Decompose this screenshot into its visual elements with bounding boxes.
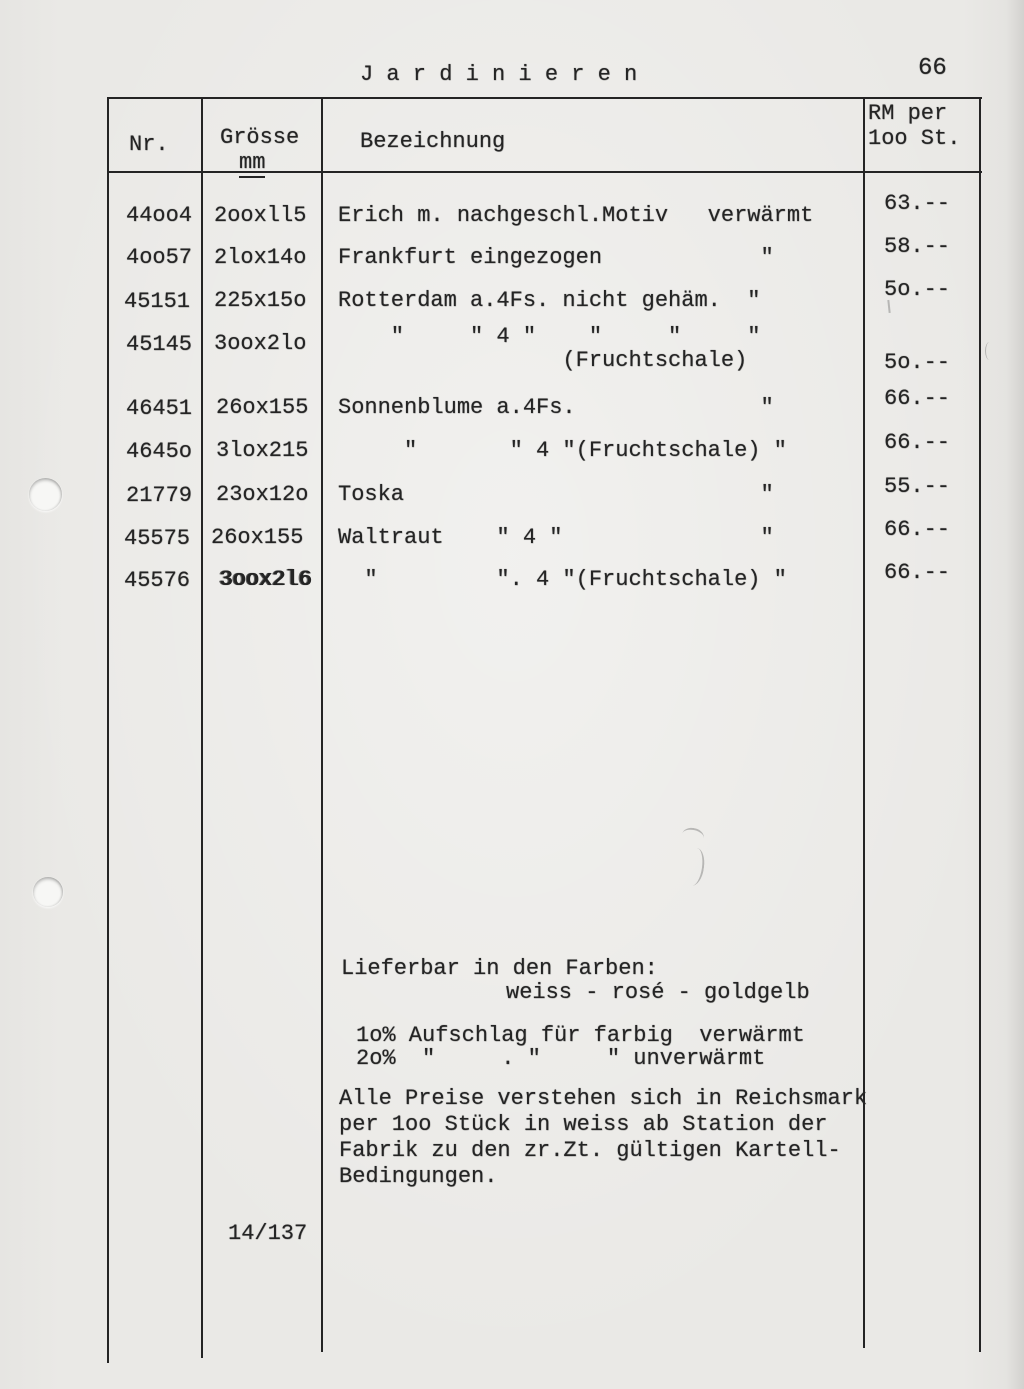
row-price: 55.-- — [884, 476, 950, 498]
scan-artifact-curve-top — [681, 826, 706, 846]
row-size: 3oox2l6 — [219, 569, 311, 591]
row-description: " " 4 "(Fruchtschale) " — [338, 440, 787, 462]
row-size: 225x15o — [214, 290, 306, 312]
footer-code: 14/137 — [228, 1223, 307, 1245]
table-left-border — [107, 97, 109, 1363]
row-size: 2lox14o — [214, 247, 306, 269]
surcharge-line-1: 1o% Aufschlag für farbig verwärmt — [356, 1025, 805, 1047]
row-size: 23ox12o — [216, 484, 308, 506]
row-price: 5o.-- — [884, 352, 950, 374]
table-top-border — [107, 97, 982, 99]
row-size: 26ox155 — [216, 397, 308, 419]
header-nr: Nr. — [129, 134, 169, 156]
header-size: Grösse — [220, 127, 299, 149]
row-description: " " 4 " " " " — [338, 326, 760, 348]
table-col-divider-1 — [201, 97, 203, 1358]
scan-artifact-curve-bottom — [685, 847, 706, 887]
table-col-divider-3 — [863, 97, 865, 1348]
row-size: 3oox2lo — [214, 333, 306, 355]
terms-line-2: per 1oo Stück in weiss ab Station der — [339, 1114, 827, 1136]
row-price: 5o.-- — [884, 279, 950, 301]
surcharge-line-2: 2o% " . " " unverwärmt — [356, 1048, 765, 1070]
row-description: Frankfurt eingezogen " — [338, 247, 774, 269]
table-right-border — [979, 97, 981, 1352]
colors-heading: Lieferbar in den Farben: — [341, 958, 658, 980]
punch-hole-bottom — [33, 877, 63, 907]
row-size: 2ooxll5 — [214, 205, 306, 227]
row-nr: 46451 — [126, 398, 192, 420]
page-title: J a r d i n i e r e n — [360, 64, 637, 86]
row-description: Waltraut " 4 " " — [338, 527, 774, 549]
row-nr: 44oo4 — [126, 205, 192, 227]
row-price: 66.-- — [884, 432, 950, 454]
page-number: 66 — [918, 57, 947, 81]
row-nr: 4645o — [126, 441, 192, 463]
row-price: 66.-- — [884, 388, 950, 410]
row-nr: 4oo57 — [126, 247, 192, 269]
scan-artifact-paren — [985, 342, 994, 360]
terms-line-1: Alle Preise verstehen sich in Reichsmark — [339, 1088, 867, 1110]
row-description: Rotterdam a.4Fs. nicht gehäm. " — [338, 290, 760, 312]
row-description-line2: (Fruchtschale) — [338, 350, 747, 372]
scan-edge-shadow — [1006, 0, 1024, 1389]
row-price: 66.-- — [884, 519, 950, 541]
terms-line-4: Bedingungen. — [339, 1166, 497, 1188]
row-description: Sonnenblume a.4Fs. " — [338, 397, 774, 419]
row-size: 3lox215 — [216, 440, 308, 462]
terms-line-3: Fabrik zu den zr.Zt. gültigen Kartell- — [339, 1140, 841, 1162]
header-price-1: RM per — [868, 103, 947, 125]
row-price: 63.-- — [884, 193, 950, 215]
colors-list: weiss - rosé - goldgelb — [506, 982, 810, 1004]
row-nr: 45145 — [126, 334, 192, 356]
row-description: Toska " — [338, 484, 774, 506]
row-description: Erich m. nachgeschl.Motiv verwärmt — [338, 205, 813, 227]
row-nr: 45576 — [124, 570, 190, 592]
header-size-unit: mm — [239, 152, 265, 178]
row-nr: 45151 — [124, 291, 190, 313]
header-description: Bezeichnung — [360, 131, 505, 153]
punch-hole-top — [29, 478, 62, 511]
row-price: 66.-- — [884, 562, 950, 584]
row-nr: 45575 — [124, 528, 190, 550]
table-col-divider-2 — [321, 97, 323, 1352]
row-description: " ". 4 "(Fruchtschale) " — [338, 569, 787, 591]
row-nr: 21779 — [126, 485, 192, 507]
row-size: 26ox155 — [211, 527, 303, 549]
header-price-2: 1oo St. — [868, 128, 960, 150]
row-price: 58.-- — [884, 236, 950, 258]
